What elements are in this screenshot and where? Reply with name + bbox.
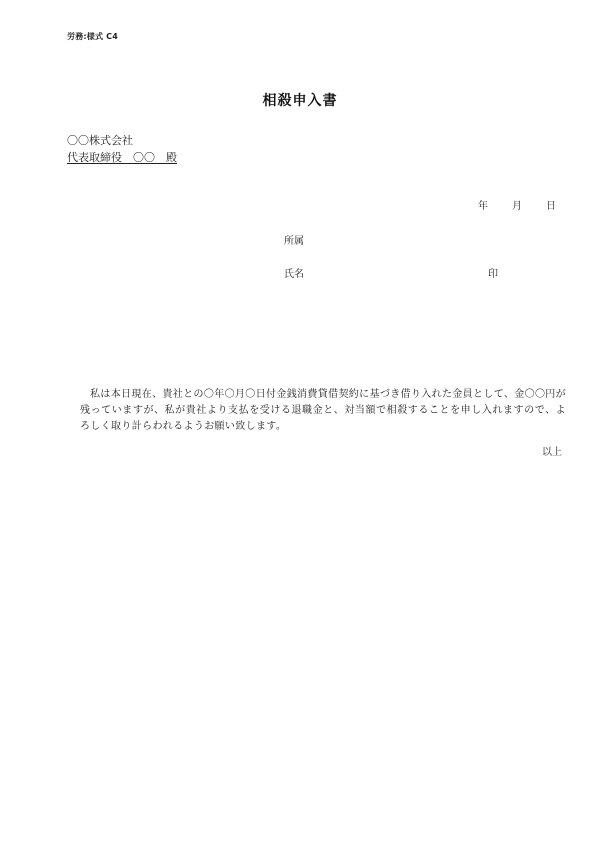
document-title: 相殺申入書 — [0, 90, 600, 110]
closing-text: 以上 — [542, 443, 562, 458]
date-line: 年 月 日 — [470, 197, 566, 212]
addressee-block: 〇〇株式会社 代表取締役 〇〇 殿 — [67, 132, 177, 166]
seal-label: 印 — [488, 265, 498, 280]
date-year-label: 年 — [478, 197, 512, 212]
addressee-recipient: 代表取締役 〇〇 殿 — [67, 149, 177, 166]
date-day-label: 日 — [546, 197, 566, 212]
document-page: 労務:様式 C4 相殺申入書 〇〇株式会社 代表取締役 〇〇 殿 年 月 日 所… — [0, 0, 600, 853]
affiliation-label: 所属 — [284, 232, 304, 247]
body-paragraph: 私は本日現在、貴社との〇年〇月〇日付金銭消費貸借契約に基づき借り入れた金員として… — [80, 387, 566, 435]
form-code: 労務:様式 C4 — [67, 31, 118, 42]
date-month-label: 月 — [512, 197, 546, 212]
name-label: 氏名 — [284, 265, 304, 280]
body-text: 私は本日現在、貴社との〇年〇月〇日付金銭消費貸借契約に基づき借り入れた金員として… — [80, 387, 566, 435]
addressee-company: 〇〇株式会社 — [67, 132, 177, 149]
